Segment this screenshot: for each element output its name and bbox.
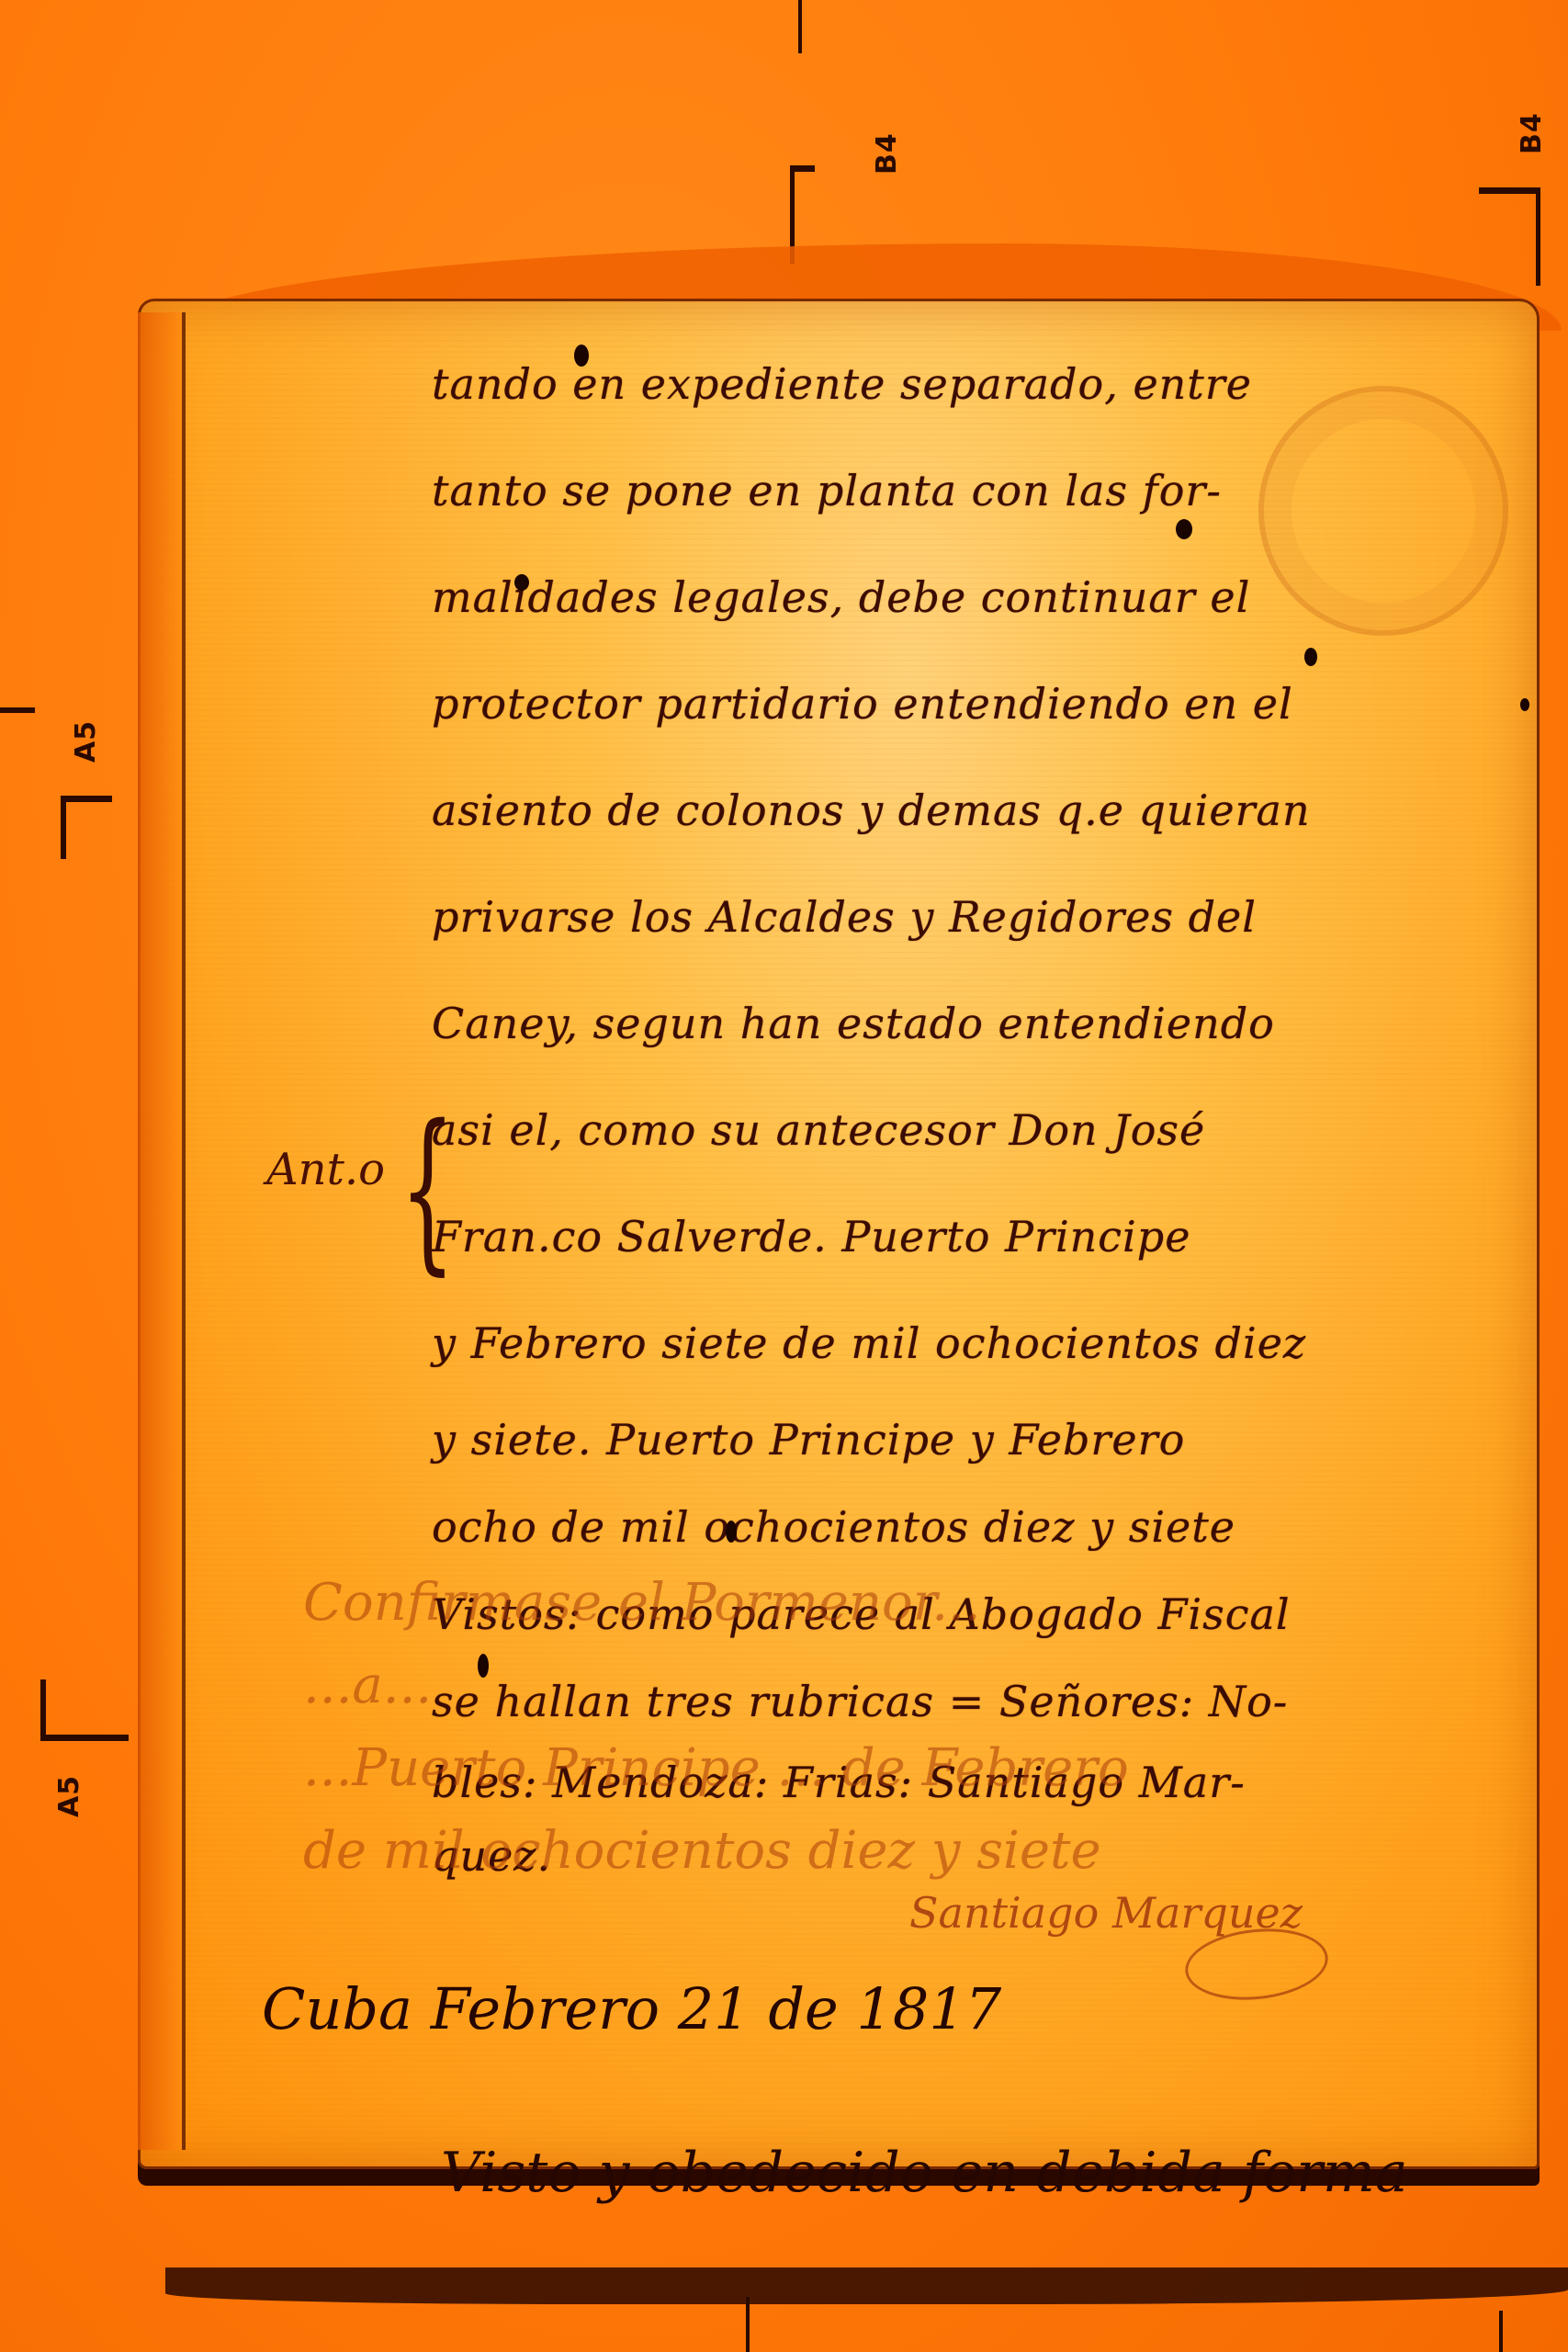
manuscript-line: Fran.co Salverde. Puerto Principe [432, 1183, 1350, 1290]
ink-spot [1520, 698, 1529, 711]
closing-line: Visto y obedecido en debida forma [441, 2141, 1408, 2205]
date-line: Cuba Febrero 21 de 1817 [262, 1975, 1001, 2042]
crop-line-left-upper [0, 707, 35, 713]
margin-annotation: Ant.o [266, 1144, 385, 1195]
crop-bracket-a5-upper [61, 796, 112, 859]
crop-line-top [798, 0, 802, 53]
marker-label: A5 [53, 1775, 85, 1817]
manuscript-line: malidades legales, debe continuar el [432, 544, 1350, 650]
manuscript-line: asiento de colonos y demas q.e quieran [432, 757, 1350, 864]
page-bottom-shadow [165, 2267, 1568, 2304]
manuscript-line: Caney, segun han estado entendiendo [432, 970, 1350, 1077]
manuscript-line: protector partidario entendiendo en el [432, 650, 1350, 757]
marker-label: A5 [70, 720, 102, 763]
manuscript-line: y Febrero siete de mil ochocientos diez [432, 1290, 1350, 1396]
ink-spot [514, 574, 529, 591]
bleed-through-text: Confirmase el Pormenor... ...a... ...Pue… [303, 1562, 1451, 1893]
marker-label: B4 [1516, 112, 1548, 154]
ink-spot [1304, 648, 1317, 666]
faded-line: de mil ochocientos diez y siete [303, 1810, 1451, 1893]
crop-bracket-a5-lower [40, 1679, 129, 1741]
crop-line-bottom [746, 2297, 750, 2352]
faded-line: Confirmase el Pormenor... [303, 1562, 1451, 1645]
margin-brace: { [400, 1102, 455, 1277]
manuscript-line: asi el, como su antecesor Don José [432, 1077, 1350, 1183]
manuscript-line: tando en expediente separado, entre [432, 331, 1350, 437]
faded-line: ...Puerto Principe ... de Febrero [303, 1727, 1451, 1810]
ink-spot [1176, 519, 1192, 539]
manuscript-line: privarse los Alcaldes y Regidores del [432, 864, 1350, 970]
ink-spot [726, 1521, 737, 1543]
faded-line: ...a... [303, 1645, 1451, 1727]
manuscript-line: tanto se pone en planta con las for- [432, 437, 1350, 544]
manuscript-line: ocho de mil ochocientos diez y siete [432, 1484, 1350, 1571]
crop-bracket-b4-right [1479, 187, 1540, 286]
binding-edge [138, 312, 186, 2150]
crop-line-bottom-right [1499, 2311, 1503, 2352]
marker-label: B4 [871, 132, 903, 175]
ink-spot [478, 1654, 489, 1678]
manuscript-line: y siete. Puerto Principe y Febrero [432, 1396, 1350, 1484]
ink-spot [574, 345, 589, 367]
